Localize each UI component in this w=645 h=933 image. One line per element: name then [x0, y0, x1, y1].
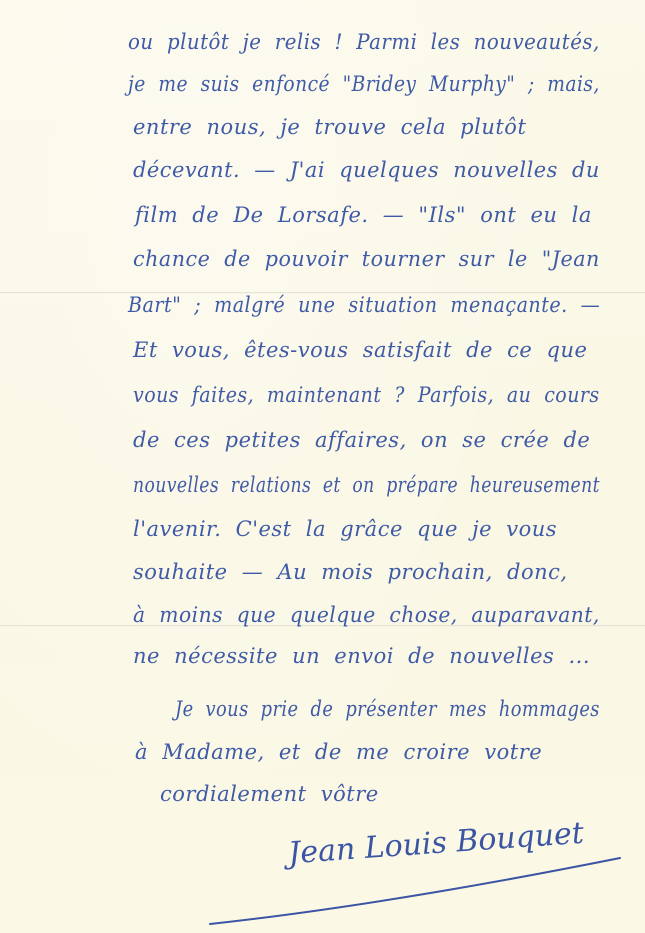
letter-line-4: décevant. — J'ai quelques nouvelles du: [133, 158, 600, 182]
letter-line-8: Et vous, êtes-vous satisfait de ce que: [133, 338, 587, 362]
letter-line-9: vous faites, maintenant ? Parfois, au co…: [133, 383, 600, 407]
letter-line-2: je me suis enfoncé "Bridey Murphy" ; mai…: [128, 72, 600, 96]
letter-line-14: à moins que quelque chose, auparavant,: [133, 603, 600, 627]
letter-line-12: l'avenir. C'est la grâce que je vous: [133, 517, 557, 541]
signature-underline-flourish: [200, 850, 630, 930]
letter-line-3: entre nous, je trouve cela plutôt: [133, 115, 526, 139]
letter-line-11: nouvelles relations et on prépare heureu…: [133, 473, 600, 497]
letter-line-13: souhaite — Au mois prochain, donc,: [133, 560, 568, 584]
letter-line-6: chance de pouvoir tourner sur le "Jean: [133, 247, 600, 271]
letter-line-7: Bart" ; malgré une situation menaçante. …: [128, 293, 600, 317]
letter-closing: cordialement vôtre: [160, 782, 379, 806]
letter-line-5: film de De Lorsafe. — "Ils" ont eu la: [135, 203, 592, 227]
letter-line-16: Je vous prie de présenter mes hommages: [175, 697, 600, 721]
letter-line-1: ou plutôt je relis ! Parmi les nouveauté…: [128, 30, 600, 54]
letter-line-17: à Madame, et de me croire votre: [135, 740, 542, 764]
letter-line-15: ne nécessite un envoi de nouvelles ...: [133, 644, 590, 668]
letter-line-10: de ces petites affaires, on se crée de: [133, 428, 590, 452]
